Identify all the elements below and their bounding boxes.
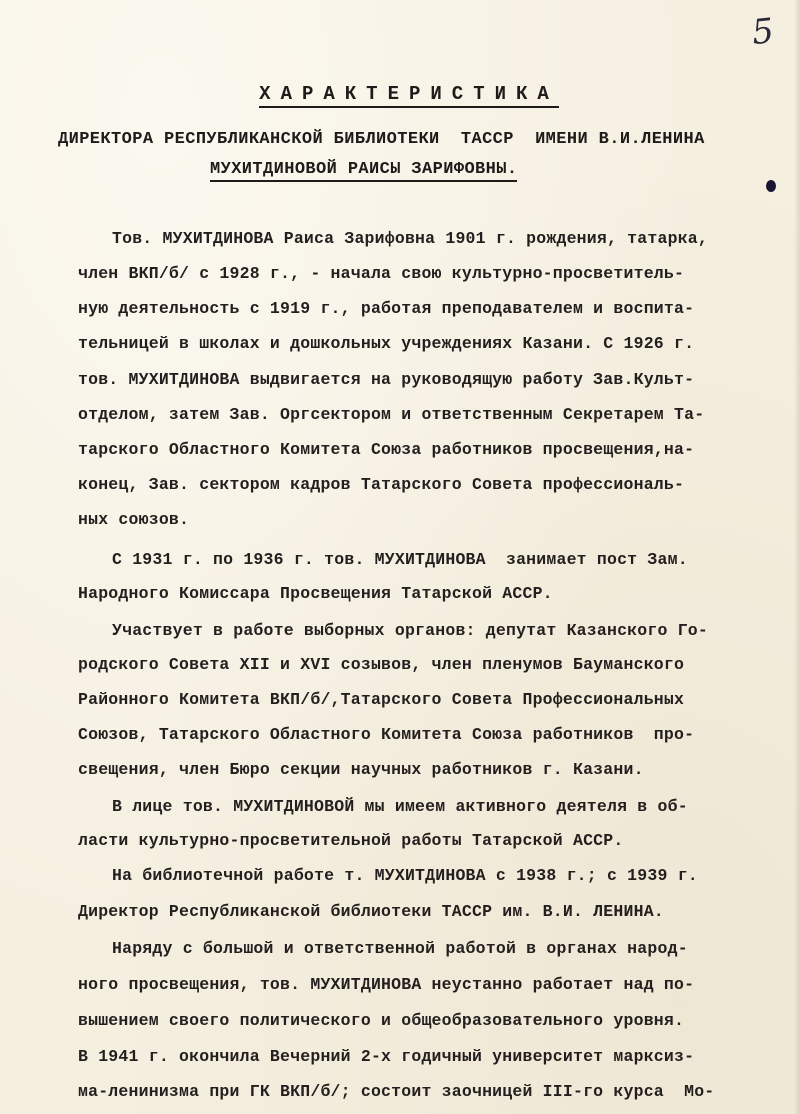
handwritten-page-number: 5 <box>750 11 776 53</box>
body-line: ласти культурно-просветительной работы Т… <box>78 831 624 850</box>
body-line: С 1931 г. по 1936 г. тов. МУХИТДИНОВА за… <box>112 550 688 569</box>
body-line: Союзов, Татарского Областного Комитета С… <box>78 725 694 744</box>
document-title: ХАРАКТЕРИСТИКА <box>259 83 559 108</box>
body-line: отделом, затем Зав. Оргсектором и ответс… <box>78 405 704 424</box>
body-line: Директор Республиканской библиотеки ТАСС… <box>78 902 664 921</box>
body-line: конец, Зав. сектором кадров Татарского С… <box>78 475 684 494</box>
body-line: ную деятельность с 1919 г., работая преп… <box>78 299 694 318</box>
body-line: В 1941 г. окончила Вечерний 2-х годичный… <box>78 1047 694 1066</box>
document-subtitle-name: МУХИТДИНОВОЙ РАИСЫ ЗАРИФОВНЫ. <box>210 160 517 182</box>
body-line: Районного Комитета ВКП/б/,Татарского Сов… <box>78 690 684 709</box>
body-line: На библиотечной работе т. МУХИТДИНОВА с … <box>112 866 698 885</box>
body-line: тельницей в школах и дошкольных учрежден… <box>78 334 694 353</box>
ink-blot <box>766 180 776 192</box>
document-title-block: ХАРАКТЕРИСТИКА <box>0 83 800 105</box>
body-line: ного просвещения, тов. МУХИТДИНОВА неуст… <box>78 975 694 994</box>
body-line: Наряду с большой и ответственной работой… <box>112 939 688 958</box>
body-line: свещения, член Бюро секции научных работ… <box>78 760 644 779</box>
body-line: ных союзов. <box>78 510 189 529</box>
body-line: вышением своего политического и общеобра… <box>78 1011 684 1030</box>
page-edge-shadow <box>794 0 800 1114</box>
document-subtitle-position: ДИРЕКТОРА РЕСПУБЛИКАНСКОЙ БИБЛИОТЕКИ ТАС… <box>58 130 705 149</box>
body-line: В лице тов. МУХИТДИНОВОЙ мы имеем активн… <box>112 797 688 816</box>
body-line: Народного Комиссара Просвещения Татарско… <box>78 584 553 603</box>
body-line: тарского Областного Комитета Союза работ… <box>78 440 694 459</box>
body-line: ма-ленинизма при ГК ВКП/б/; состоит заоч… <box>78 1082 714 1101</box>
body-line: Тов. МУХИТДИНОВА Раиса Зарифовна 1901 г.… <box>112 229 708 248</box>
body-line: Участвует в работе выборных органов: деп… <box>112 621 708 640</box>
body-line: тов. МУХИТДИНОВА выдвигается на руководя… <box>78 370 694 389</box>
body-line: член ВКП/б/ с 1928 г., - начала свою кул… <box>78 264 684 283</box>
body-line: родского Совета XII и XVI созывов, член … <box>78 655 684 674</box>
